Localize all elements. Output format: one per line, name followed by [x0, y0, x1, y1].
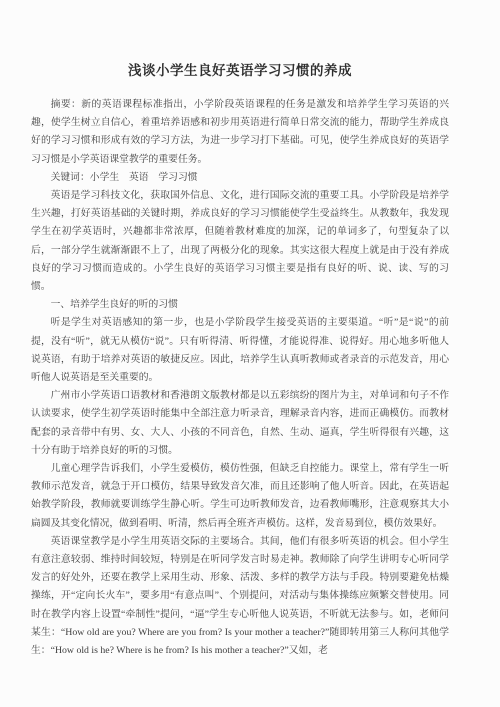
listening-habit-paragraph-3: 儿童心理学告诉我们，小学生爱模仿，模仿性强，但缺乏自控能力。课堂上，常有学生一听… [31, 460, 449, 533]
listening-habit-paragraph-1: 听是学生对英语感知的第一步，也是小学阶段学生接受英语的主要渠道。“听”是“说”的… [31, 314, 449, 387]
document-page: 浅谈小学生良好英语学习习惯的养成 摘要：新的英语课程标准指出，小学阶段英语课程的… [0, 0, 500, 707]
document-title: 浅谈小学生良好英语学习习惯的养成 [31, 62, 449, 80]
document-content: 浅谈小学生良好英语学习习惯的养成 摘要：新的英语课程标准指出，小学阶段英语课程的… [31, 62, 449, 660]
intro-paragraph: 英语是学习科技文化，获取国外信息、文化，进行国际交流的重要工具。小学阶段是培养学… [31, 187, 449, 296]
abstract-paragraph: 摘要：新的英语课程标准指出，小学阶段英语课程的任务是激发和培养学生学习英语的兴趣… [31, 96, 449, 169]
listening-habit-paragraph-4: 英语课堂教学是小学生用英语交际的主要场合。其间，他们有很多听英语的机会。但小学生… [31, 533, 449, 660]
listening-habit-paragraph-2: 广州市小学英语口语教材和香港朗文版教材都是以五彩缤纷的图片为主，对单词和句子不作… [31, 387, 449, 460]
section-heading-1: 一、培养学生良好的听的习惯 [31, 296, 449, 314]
keywords-line: 关键词：小学生 英语 学习习惯 [31, 169, 449, 187]
